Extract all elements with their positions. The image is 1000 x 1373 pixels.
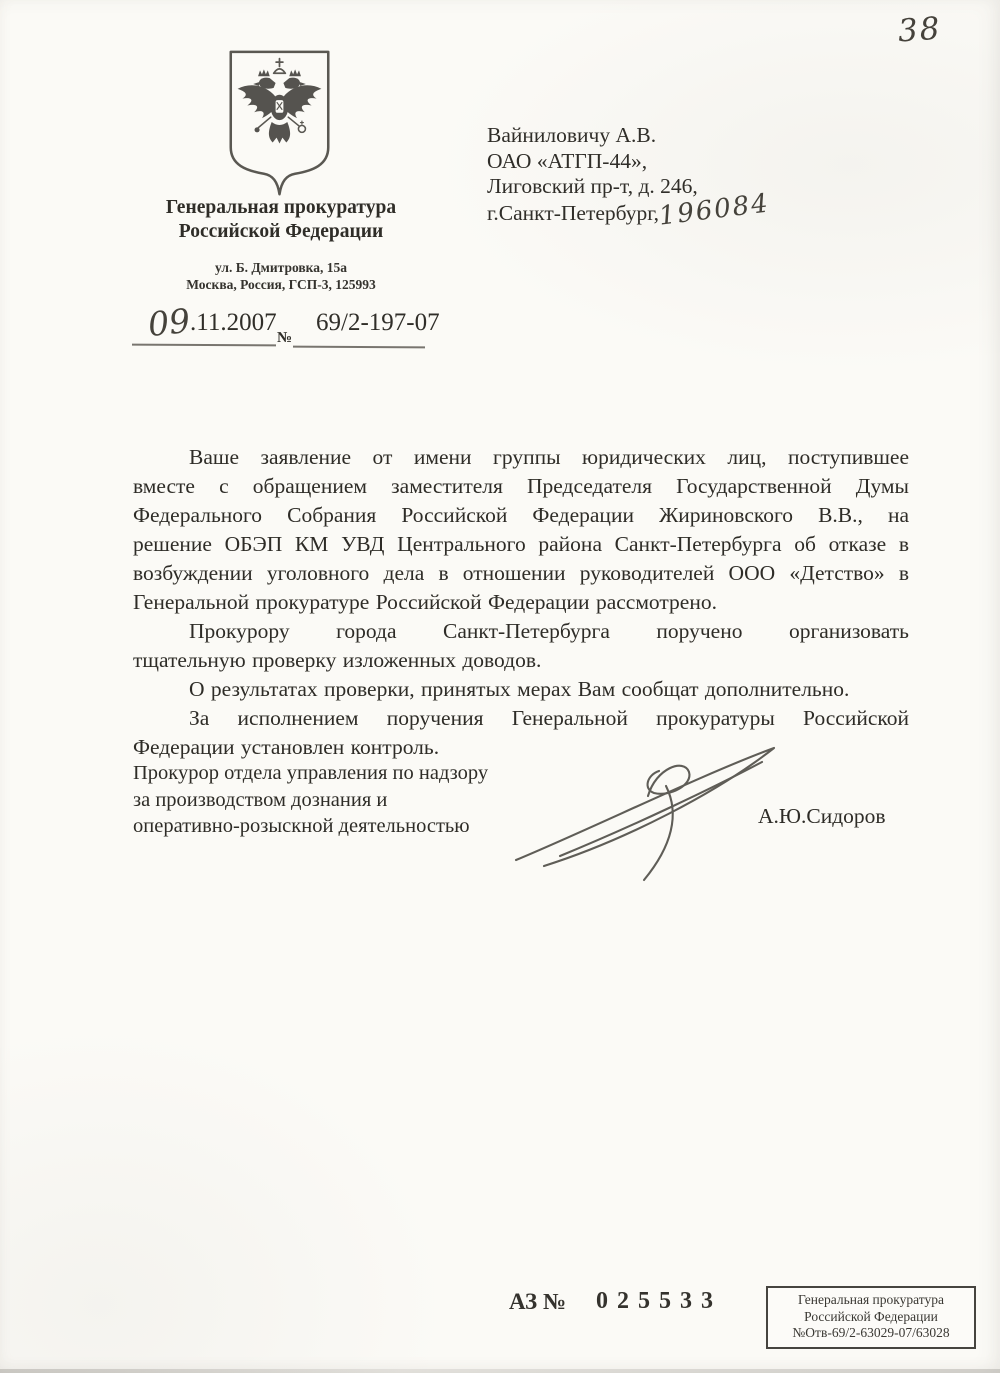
body-line: Федерального Собрания Российской Федерац… <box>133 501 909 530</box>
body-line: Генеральной прокуратуре Российской Федер… <box>133 588 909 617</box>
reference-number: 69/2-197-07 <box>316 309 440 337</box>
body-line: Ваше заявление от имени группы юридическ… <box>133 443 909 472</box>
signer-title-line1: Прокурор отдела управления по надзору <box>133 760 553 787</box>
form-series-number: 025533 <box>596 1288 722 1315</box>
body-line: возбуждении уголовного дела в отношении … <box>133 559 909 588</box>
ref-number-underline <box>293 346 425 349</box>
recipient-company: ОАО «АТГП-44», <box>487 149 847 175</box>
recipient-block: Вайниловичу А.В. ОАО «АТГП-44», Лиговски… <box>487 123 847 226</box>
number-sign: № <box>277 330 292 347</box>
handwritten-date-day: 09 <box>146 301 192 344</box>
body-line: решение ОБЭП КМ УВД Центрального района … <box>133 530 909 559</box>
body-line: О результатах проверки, принятых мерах В… <box>133 675 909 704</box>
body-line: Прокурору города Санкт-Петербурга поруче… <box>133 617 909 646</box>
letterhead-org-name: Генеральная прокуратура Российской Федер… <box>118 196 444 244</box>
handwritten-page-number: 38 <box>897 11 943 50</box>
recipient-name: Вайниловичу А.В. <box>487 123 847 149</box>
org-name-line1: Генеральная прокуратура <box>118 196 444 220</box>
signer-title-line2: за производством дознания и <box>133 787 553 814</box>
signer-title-line3: оперативно-розыскной деятельностью <box>133 813 553 840</box>
stamp-line1: Генеральная прокуратура <box>770 1292 972 1309</box>
russia-coat-of-arms-icon <box>221 46 338 202</box>
stamp-line3: №Отв-69/2-63029-07/63028 <box>770 1325 972 1342</box>
recipient-street: Лиговский пр-т, д. 246, <box>487 174 847 200</box>
body-line: вместе с обращением заместителя Председа… <box>133 472 909 501</box>
handwritten-signature-icon <box>498 738 798 888</box>
org-name-line2: Российской Федерации <box>118 220 444 244</box>
address-line2: Москва, Россия, ГСП-3, 125993 <box>118 276 444 293</box>
body-line: тщательную проверку изложенных доводов. <box>133 646 909 675</box>
form-series-label: АЗ № <box>509 1289 566 1315</box>
body-line: За исполнением поручения Генеральной про… <box>133 704 909 733</box>
signer-title-block: Прокурор отдела управления по надзору за… <box>133 760 553 840</box>
registration-stamp: Генеральная прокуратура Российской Федер… <box>766 1286 976 1349</box>
date-underline <box>132 344 276 347</box>
recipient-city-line: г.Санкт-Петербург,196084 <box>487 200 847 227</box>
signer-name: А.Ю.Сидоров <box>758 804 886 829</box>
letter-body: Ваше заявление от имени группы юридическ… <box>133 443 909 762</box>
address-line1: ул. Б. Дмитровка, 15а <box>118 259 444 276</box>
letterhead-address: ул. Б. Дмитровка, 15а Москва, Россия, ГС… <box>118 259 444 293</box>
stamp-line2: Российской Федерации <box>770 1309 972 1326</box>
printed-date: .11.2007 <box>190 309 277 337</box>
scanned-letter-page: 38 <box>0 0 1000 1373</box>
scan-edge-artifact <box>0 1369 1000 1373</box>
